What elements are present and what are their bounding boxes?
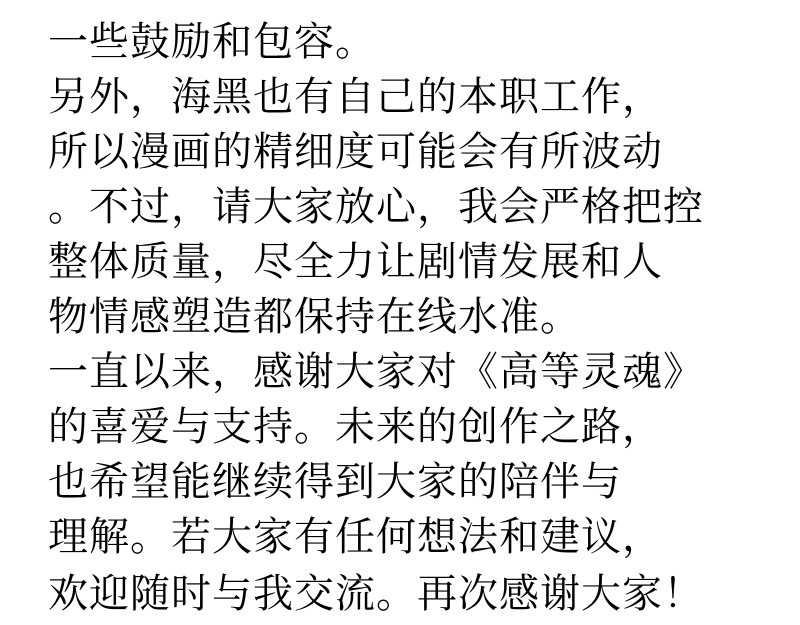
text-line: 欢迎随时与我交流。再次感谢大家！ [48,572,704,616]
text-line: 的喜爱与支持。未来的创作之路， [48,405,663,449]
text-line: 物情感塑造都保持在线水准。 [48,295,581,339]
text-line: 。不过，请大家放心，我会严格把控 [48,185,704,229]
text-line: 也希望能继续得到大家的陪伴与 [48,460,622,504]
text-line: 理解。若大家有任何想法和建议， [48,515,663,559]
text-line: 另外，海黑也有自己的本职工作， [48,75,663,119]
text-line: 所以漫画的精细度可能会有所波动 [48,130,663,174]
announcement-text-page: 一些鼓励和包容。 另外，海黑也有自己的本职工作， 所以漫画的精细度可能会有所波动… [0,0,800,625]
text-line: 一直以来，感谢大家对《高等灵魂》 [48,350,704,394]
text-line: 一些鼓励和包容。 [48,20,376,64]
text-line: 整体质量，尽全力让剧情发展和人 [48,240,663,284]
